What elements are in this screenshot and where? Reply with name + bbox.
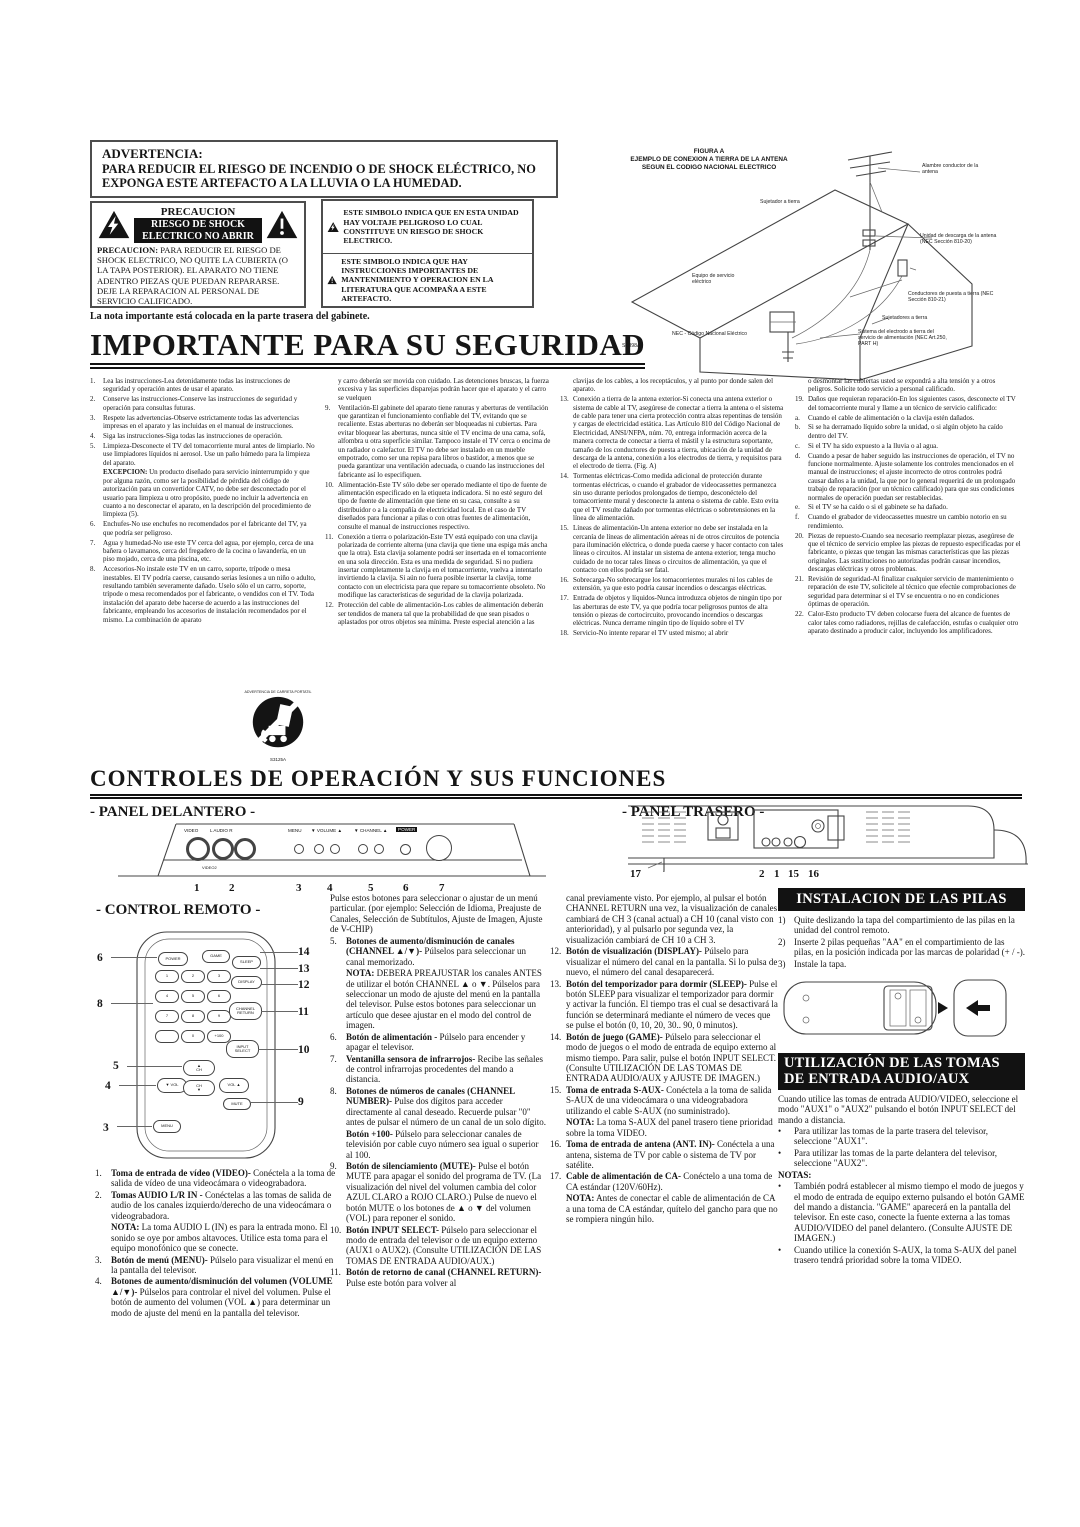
remote-digit-button: 5 [181,990,205,1003]
figure-label-sujetador: Sujetador a tierra [760,200,808,206]
front-label-menu: MENU [288,828,302,833]
remote-power-button: POWER [158,952,188,966]
channel-up-button [374,844,384,854]
safety-instruction: 22.Calor-Esto producto TV deben colocars… [795,610,1021,635]
advertencia-text: PARA REDUCIR EL RIESGO DE INCENDIO O DE … [102,162,546,191]
control-item: 14.Botón de juego (GAME)- Púlselo para s… [550,1032,778,1084]
control-item: 16.Toma de entrada de antena (ANT. IN)- … [550,1139,778,1170]
safety-instruction: 9.Ventilación-El gabinete del aparato ti… [325,404,551,480]
figure-a-title: FIGURA A EJEMPLO DE CONEXION A TIERRA DE… [620,148,798,172]
safety-instruction: f.Cuando el grabador de videocassettes m… [795,513,1021,530]
safety-instruction: 14.Tormentas eléctricas-Como medida adic… [560,472,786,522]
figure-label-sistema: Sistema del electrodo a tierra del servi… [858,330,950,347]
remote-callout-3: 3 [103,1122,109,1134]
aux-items: Cuando utilice las tomas de entrada AUDI… [778,1094,1025,1266]
remote-digit-button: +100 [207,1030,231,1043]
figure-label-alambre: Alambre conductor de la antena [922,164,982,176]
remote-game-button: GAME [202,950,230,963]
control-item: 8.Botones de números de canales (CHANNEL… [330,1086,547,1128]
aux-item: NOTAS: [778,1170,1025,1180]
safety-instruction: 2.Conserve las instrucciones-Conserve la… [90,395,316,412]
battery-installation-illustration [782,976,1008,1040]
rear-callout-15: 15 [788,868,799,880]
rear-panel-outline [628,800,1028,872]
remote-diagram: POWER GAME SLEEP DISPLAY 1234567890+100 … [105,926,320,1164]
remote-channel-return-button: CHANNEL RETURN [229,1002,262,1020]
precaucion-box: PRECAUCION RIESGO DE SHOCK ELECTRICO NO … [90,201,306,308]
safety-instruction: 4.Siga las instrucciones-Siga todas las … [90,432,316,440]
power-button [400,844,411,855]
remote-heading: - CONTROL REMOTO - [96,902,260,919]
tip-over-cart-icon [250,694,306,752]
control-item: 5.Botones de aumento/disminución de cana… [330,936,547,967]
remote-volume-up-button: VOL ▲ [219,1078,249,1093]
remote-callout-10: 10 [298,1044,310,1056]
rear-callout-17: 17 [630,868,641,880]
remote-digit-button: 0 [181,1030,205,1043]
safety-instruction: c.Si el TV ha sido expuesto a la lluvia … [795,442,1021,450]
symbol-instructions-row: ESTE SIMBOLO INDICA QUE HAY INSTRUCCIONE… [323,253,532,306]
safety-instruction: y carro deberán ser movida con cuidado. … [325,377,551,402]
front-label-video: VIDEO [184,828,198,833]
rear-callout-1: 1 [774,868,780,880]
shock-hazard-icon [97,209,131,240]
audio-right-jack [234,838,256,860]
remote-channel-up-button: ▲ CH [183,1060,215,1076]
figure-label-equipo: Equipo de servicio eléctrico [692,274,738,286]
front-callout-2: 2 [229,882,235,894]
advertencia-title: ADVERTENCIA: [102,146,546,162]
control-item: 2.Tomas AUDIO L/R IN - Conéctelas a las … [95,1190,337,1221]
safety-instruction: EXCEPCION: Un producto diseñado para ser… [90,468,316,518]
remote-callout-6: 6 [97,952,103,964]
symbol-voltage-text: ESTE SIMBOLO INDICA QUE EN ESTA UNIDAD H… [343,208,528,245]
safety-instruction: d.Cuando a pesar de haber seguido las in… [795,452,1021,502]
safety-instruction: 20.Piezas de repuesto-Cuando sea necesar… [795,532,1021,574]
remote-digit-button: 9 [207,1010,231,1023]
remote-digit-button: 1 [155,970,179,983]
rear-callout-16: 16 [808,868,819,880]
safety-column-4: o desmontar las cubiertas usted se expon… [795,377,1021,769]
control-item: Botón +100- Púlselo para seleccionar can… [330,1129,547,1160]
control-item: 10.Botón INPUT SELECT- Púlselo para sele… [330,1225,547,1267]
power-knob [426,835,452,861]
figure-label-nec: NEC - Código Nacional Eléctrico [672,332,782,338]
remote-callout-12: 12 [298,979,310,991]
remote-digit-button [155,1030,179,1043]
controls-col4: INSTALACION DE LAS PILAS 1)Quite desliza… [778,888,1025,1428]
manual-page: ADVERTENCIA: PARA REDUCIR EL RIESGO DE I… [0,0,1080,1527]
safety-instruction: e.Si el TV se ha caído o si el gabinete … [795,503,1021,511]
control-item: 11.Botón de retorno de canal (CHANNEL RE… [330,1267,547,1288]
remote-sleep-button: SLEEP [232,956,261,969]
remote-display-button: DISPLAY [231,976,262,989]
figure-a: FIGURA A EJEMPLO DE CONEXION A TIERRA DE… [620,142,1024,384]
front-callout-3: 3 [296,882,302,894]
remote-input-select-button: INPUT SELECT [226,1040,259,1058]
controls-items-col3: canal previamente visto. Por ejemplo, al… [550,893,778,1423]
front-label-channel: ▼ CHANNEL ▲ [354,828,387,833]
battery-steps: 1)Quite deslizando la tapa del compartim… [778,915,1025,969]
safety-instruction: 17.Entrada de objetos y líquidos-Nunca i… [560,594,786,628]
aux-item: Cuando utilice las tomas de entrada AUDI… [778,1094,1025,1125]
precaucion-text: PRECAUCION: PARA REDUCIR EL RIESGO DE SH… [97,245,299,306]
control-item: 13.Botón del temporizador para dormir (S… [550,979,778,1031]
volume-down-button [314,844,324,854]
remote-digit-button: 3 [207,970,231,983]
safety-column-3: clavijas de los cables, a los receptácul… [560,377,786,769]
menu-button [294,844,304,854]
remote-mute-button: MUTE [223,1098,251,1110]
aux-item: •Para utilizar las tomas de la parte del… [778,1148,1025,1169]
audio-left-jack [212,838,234,860]
cart-warning-code: S3125A [243,757,313,762]
remote-digit-button: 8 [181,1010,205,1023]
cart-warning: ADVERTENCIA DE CARRETA PORTATIL S3125A [243,690,313,762]
battery-step: 1)Quite deslizando la tapa del compartim… [778,915,1025,936]
remote-callout-9: 9 [298,1096,304,1108]
safety-instruction: 7.Agua y humedad-No use este TV cerca de… [90,539,316,564]
remote-callout-8: 8 [97,998,103,1010]
controls-items-col2: Pulse estos botones para seleccionar o a… [330,893,547,1423]
antenna-grounding-diagram [620,142,1024,384]
controls-items-col1: 1.Toma de entrada de vídeo (VIDEO)- Coné… [95,1168,337,1428]
remote-digit-button: 2 [181,970,205,983]
symbol-instructions-text: ESTE SIMBOLO INDICA QUE HAY INSTRUCCIONE… [341,257,528,304]
control-item: canal previamente visto. Por ejemplo, al… [550,893,778,945]
safety-instruction: 13.Conexión a tierra de la antena exteri… [560,395,786,471]
control-item: 15.Toma de entrada S-AUX- Conéctela a la… [550,1085,778,1116]
remote-callout-5: 5 [113,1060,119,1072]
aux-item: •También podrá establecer al mismo tiemp… [778,1181,1025,1244]
control-item: 12.Botón de visualización (DISPLAY)- Púl… [550,946,778,977]
safety-instruction: o desmontar las cubiertas usted se expon… [795,377,1021,394]
control-item: 17.Cable de alimentación de CA- Conéctel… [550,1171,778,1192]
safety-instruction: 21.Revisión de seguridad-Al finalizar cu… [795,575,1021,609]
remote-digit-pad: 1234567890+100 [155,970,233,1043]
safety-instruction: 11.Conexión a tierra o polarización-Este… [325,533,551,600]
control-item: NOTA: La toma S-AUX del panel trasero ti… [550,1117,778,1138]
rear-callout-2: 2 [759,868,765,880]
rear-cabinet-note: La nota importante está colocada en la p… [90,311,370,322]
aux-section-title: UTILIZACIÓN DE LAS TOMAS DE ENTRADA AUDI… [778,1053,1025,1089]
channel-down-button [358,844,368,854]
control-item: 9.Botón de silenciamiento (MUTE)- Pulse … [330,1161,547,1224]
control-item: 1.Toma de entrada de vídeo (VIDEO)- Coné… [95,1168,337,1189]
video-input-jack [186,837,210,861]
front-panel-heading: - PANEL DELANTERO - [90,804,255,821]
control-item: 6.Botón de alimentación - Púlselo para e… [330,1032,547,1053]
control-item: 3.Botón de menú (MENU)- Púlselo para vis… [95,1255,337,1276]
rear-panel-diagram: 17 2 1 15 16 [628,800,1028,895]
safety-column-2: y carro deberán ser movida con cuidado. … [325,377,551,769]
precaucion-warning-bar: RIESGO DE SHOCK ELECTRICO NO ABRIR [134,218,262,243]
aux-item: •Para utilizar las tomas de la parte tra… [778,1126,1025,1147]
remote-digit-button: 6 [207,990,231,1003]
control-item: NOTA: La toma AUDIO L (IN) es para la en… [95,1222,337,1253]
battery-step: 3)Instale la tapa. [778,959,1025,969]
attention-icon [265,209,299,240]
volume-up-button [330,844,340,854]
lightning-triangle-icon [327,212,339,242]
control-item: 7.Ventanilla sensora de infrarrojos- Rec… [330,1054,547,1085]
remote-callout-14: 14 [298,946,310,958]
safety-instruction: 16.Sobrecarga-No sobrecargue los tomacor… [560,576,786,593]
safety-instruction: 6.Enchufes-No use enchufes no recomendad… [90,520,316,537]
front-panel-diagram: VIDEO L AUDIO R MENU ▼ VOLUME ▲ ▼ CHANNE… [118,820,546,900]
remote-callout-11: 11 [298,1006,309,1018]
safety-instruction: 8.Accesorios-No instale este TV en un ca… [90,565,316,624]
safety-instruction: 19.Daños que requieran reparación-En los… [795,395,1021,412]
remote-channel-down-button: CH ▼ [183,1080,215,1096]
figure-label-unidad: Unidad de descarga de la antena (NEC Sec… [920,234,998,246]
remote-callout-13: 13 [298,963,310,975]
front-label-power: POWER [396,827,417,832]
remote-digit-button: 7 [155,1010,179,1023]
figure-label-sujetadores: Sujetadores a tierra [882,316,962,322]
exclamation-triangle-icon [327,265,337,295]
battery-section-title: INSTALACION DE LAS PILAS [778,888,1025,911]
battery-step: 2)Inserte 2 pilas pequeñas "AA" en el co… [778,937,1025,958]
safety-instruction: 10.Alimentación-Este TV sólo debe ser op… [325,481,551,531]
safety-instruction: clavijas de los cables, a los receptácul… [560,377,786,394]
controls-title: CONTROLES DE OPERACIÓN Y SUS FUNCIONES [90,766,1022,799]
symbols-box: ESTE SIMBOLO INDICA QUE EN ESTA UNIDAD H… [321,199,534,308]
advertencia-box: ADVERTENCIA: PARA REDUCIR EL RIESGO DE I… [90,140,558,198]
safety-instruction: 15.Líneas de alimentación-Un antena exte… [560,524,786,574]
symbol-voltage-row: ESTE SIMBOLO INDICA QUE EN ESTA UNIDAD H… [323,201,532,253]
safety-instruction: 18.Servicio-No intente reparar el TV ust… [560,629,786,637]
safety-instruction: b.Si se ha derramado líquido sobre la un… [795,423,1021,440]
control-item: 4.Botones de aumento/disminución del vol… [95,1276,337,1318]
front-callout-1: 1 [194,882,200,894]
front-label-volume: ▼ VOLUME ▲ [311,828,342,833]
remote-menu-button: MENU [153,1120,181,1133]
safety-instruction: 5.Limpieza-Desconecte el TV del tomacorr… [90,442,316,467]
control-item: Pulse estos botones para seleccionar o a… [330,893,547,935]
safety-instruction: 12.Protección del cable de alimentación-… [325,601,551,626]
safety-instruction: 1.Lea las instrucciones-Lea detenidament… [90,377,316,394]
safety-title: IMPORTANTE PARA SU SEGURIDAD [90,327,645,363]
remote-digit-button: 4 [155,990,179,1003]
precaucion-title: PRECAUCION [134,206,262,218]
front-label-audio: L AUDIO R [210,828,233,833]
aux-item: •Cuando utilice la conexión S-AUX, la to… [778,1245,1025,1266]
remote-callout-4: 4 [105,1080,111,1092]
figure-label-conductores: Conductores de puesta a tierra (NEC Secc… [908,292,998,304]
safety-instruction: a.Cuando el cable de alimentación o la c… [795,414,1021,422]
front-label-video2: VIDEO2 [202,865,217,870]
control-item: NOTA: DEBERA PREAJUSTAR los canales ANTE… [330,968,547,1031]
control-item: NOTA: Antes de conectar el cable de alim… [550,1193,778,1224]
safety-instruction: 3.Respete las advertencias-Observe estri… [90,414,316,431]
